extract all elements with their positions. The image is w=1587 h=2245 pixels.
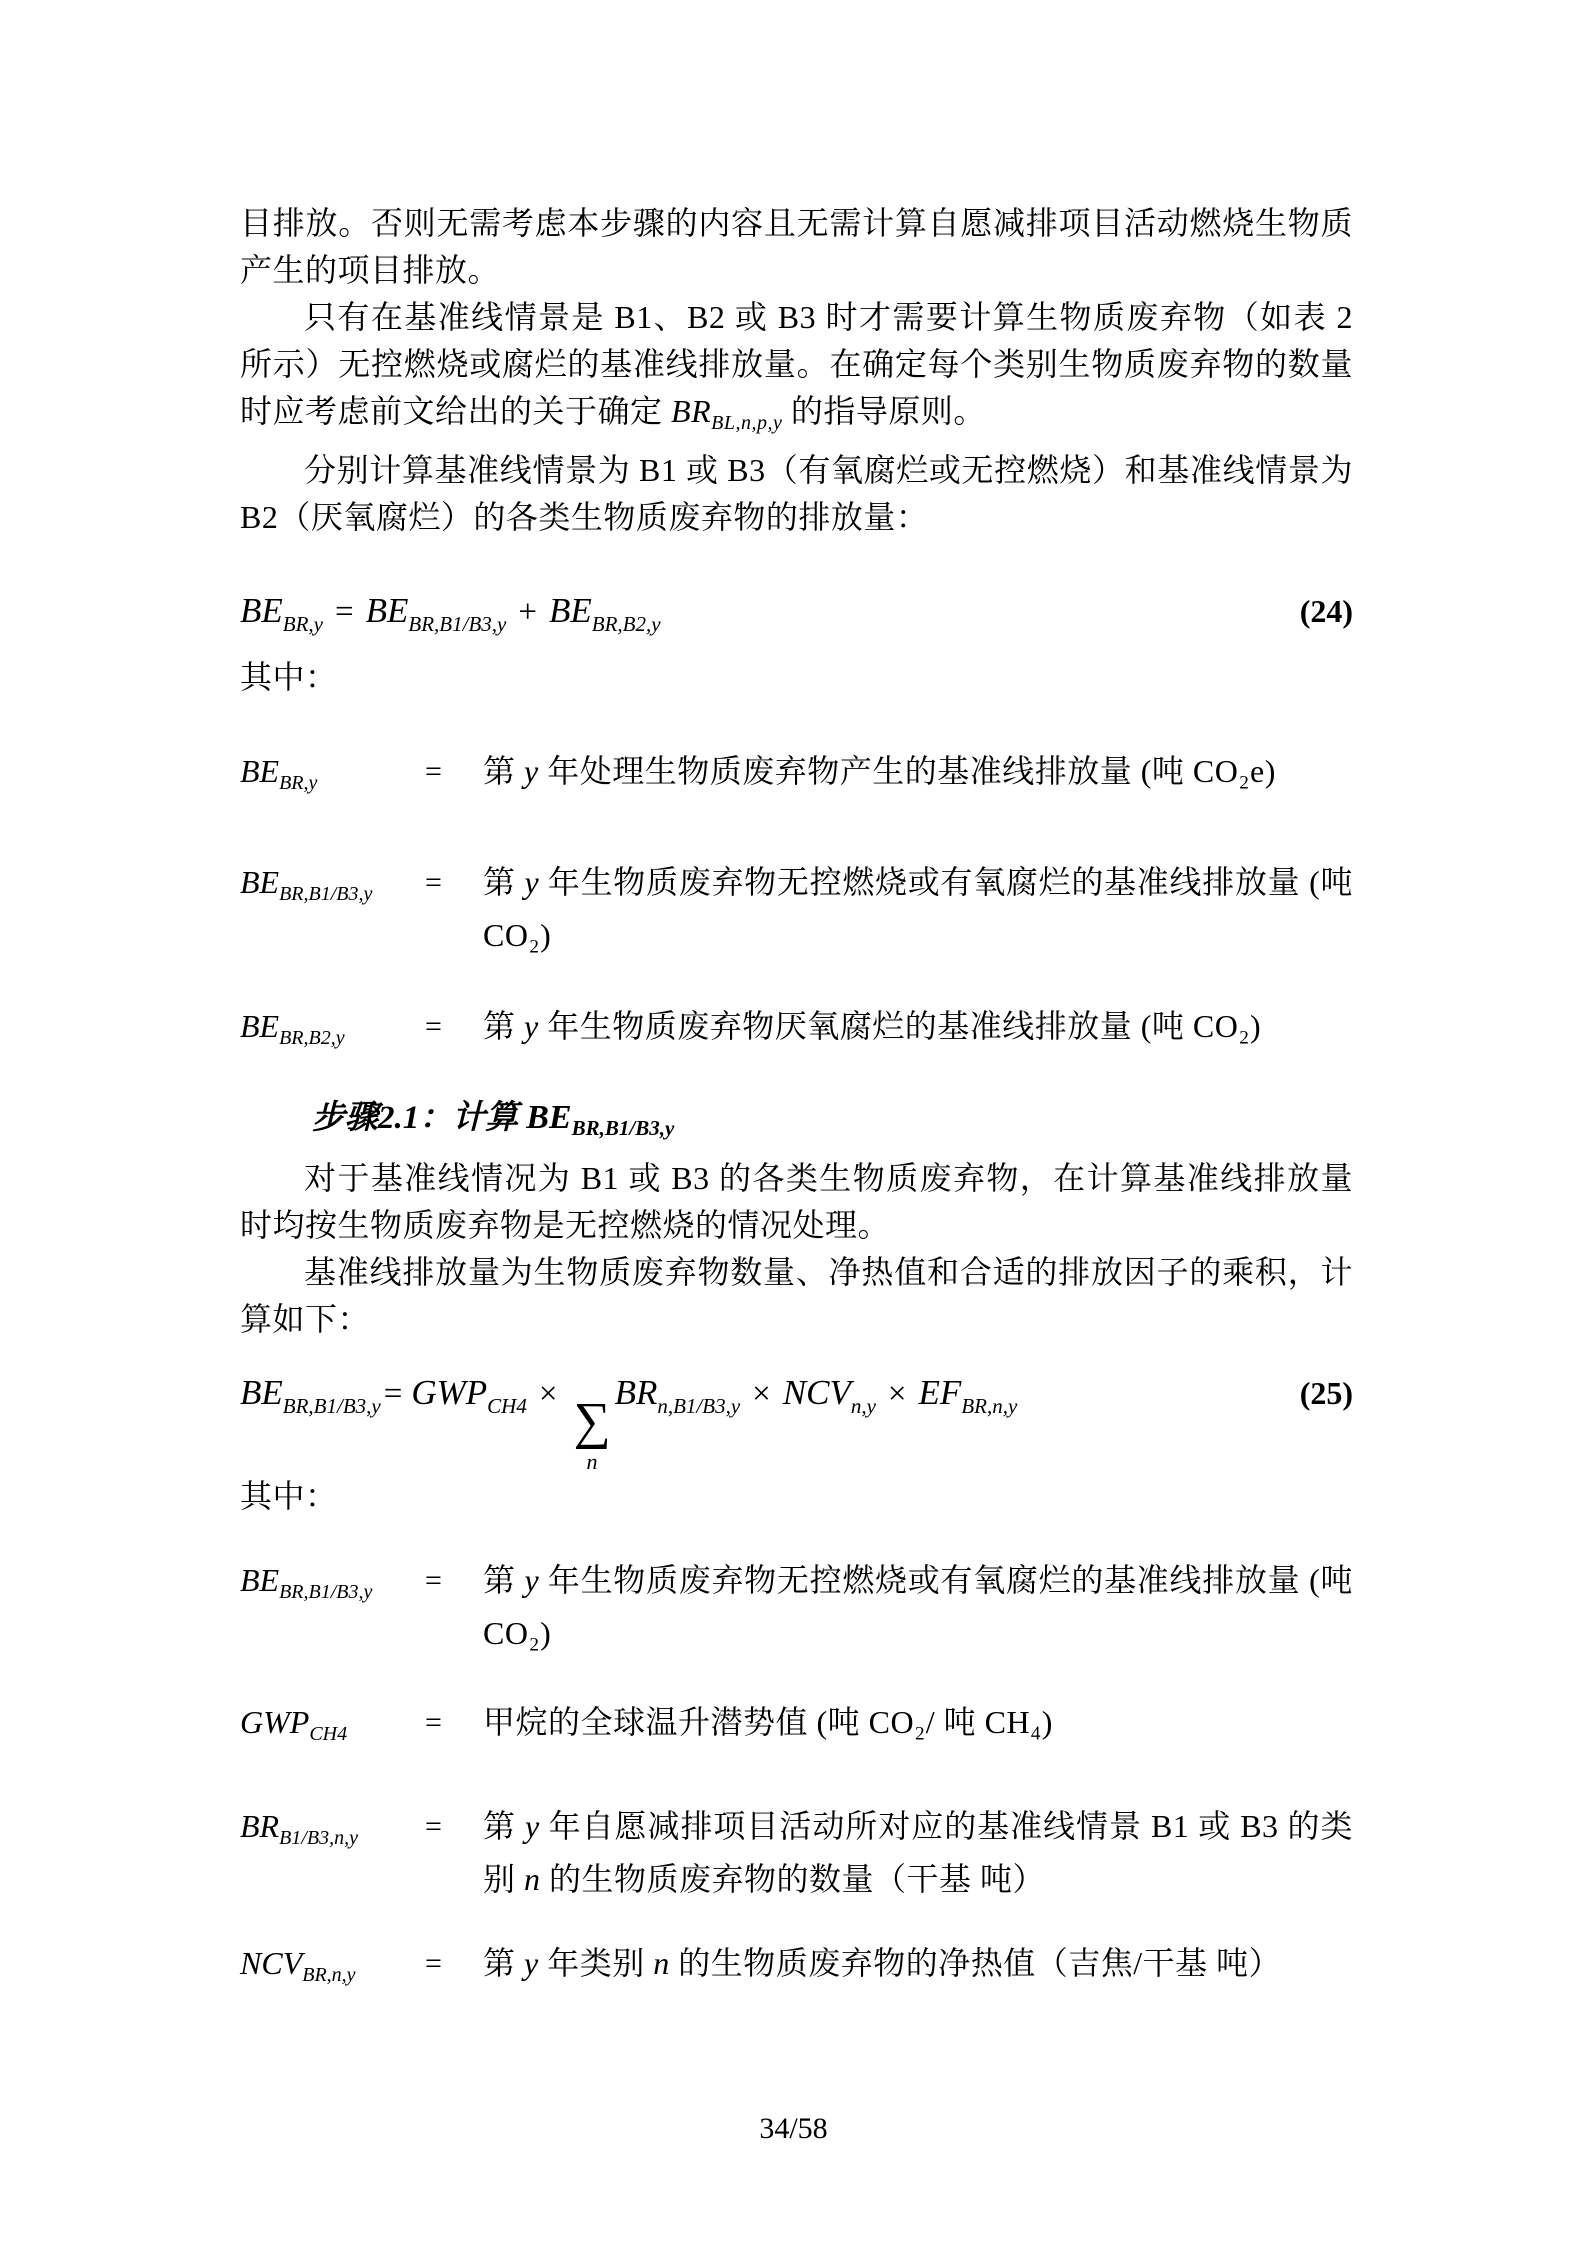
equals-sign: = [384, 1376, 403, 1412]
description-text: 年类别 [539, 1945, 654, 1981]
definition-equals: = [425, 1696, 483, 1749]
definition-description: 第 y 年处理生物质废弃物产生的基准线排放量 (吨 CO₂e) [483, 745, 1353, 798]
definition-description: 第 y 年自愿减排项目活动所对应的基准线情景 B1 或 B3 的类别 n 的生物… [483, 1800, 1353, 1906]
formula-term: GWP [411, 1373, 487, 1412]
step-2-1-heading: 步骤2.1：计算BEBR,B1/B3,y [240, 1091, 1353, 1155]
paragraph-step21-intro: 对于基准线情况为 B1 或 B3 的各类生物质废弃物，在计算基准线排放量时均按生… [240, 1155, 1353, 1249]
formula-term-subscript: BR,B2,y [592, 612, 661, 636]
definition-row: BEBR,B2,y = 第 y 年生物质废弃物厌氧腐烂的基准线排放量 (吨 CO… [240, 1000, 1353, 1065]
paragraph-continuation: 目排放。否则无需考虑本步骤的内容且无需计算自愿减排项目活动燃烧生物质产生的项目排… [240, 200, 1353, 294]
description-text: 第 [483, 1945, 524, 1981]
term-subscript: BR,n,y [302, 1964, 355, 1986]
definition-row: BEBR,B1/B3,y = 第 y 年生物质废弃物无控燃烧或有氧腐烂的基准线排… [240, 1554, 1353, 1660]
term-base: BR [240, 1808, 279, 1844]
formula-term: BE [549, 591, 592, 630]
formula-term: BR [615, 1373, 658, 1412]
paragraph-calc-product: 基准线排放量为生物质废弃物数量、净热值和合适的排放因子的乘积，计算如下： [240, 1249, 1353, 1343]
math-variable: y [524, 1008, 539, 1044]
formula-24-expression: BEBR,y=BEBR,B1/B3,y+BEBR,B2,y [240, 581, 661, 654]
summation-symbol: ∑n [573, 1396, 610, 1473]
description-text: 第 [483, 1008, 524, 1044]
definition-equals: = [425, 1937, 483, 1990]
formula-term-subscript: BR,n,y [961, 1394, 1017, 1418]
heading-text: 步骤2.1：计算 [312, 1100, 518, 1136]
multiply-sign: × [539, 1376, 558, 1412]
math-variable: y [525, 1808, 540, 1844]
paragraph-calc-instruction: 分别计算基准线情景为 B1 或 B3（有氧腐烂或无控燃烧）和基准线情景为 B2（… [240, 447, 1353, 541]
paragraph-baseline-scenarios: 只有在基准线情景是 B1、B2 或 B3 时才需要计算生物质废弃物（如表 2 所… [240, 294, 1353, 447]
definition-row: NCVBR,n,y = 第 y 年类别 n 的生物质废弃物的净热值（吉焦/干基 … [240, 1937, 1353, 2002]
term-base: NCV [240, 1945, 302, 1981]
formula-25: BEBR,B1/B3,y=GWPCH4×∑nBRn,B1/B3,y×NCVn,y… [240, 1361, 1353, 1473]
description-text: 年生物质废弃物无控燃烧或有氧腐烂的基准线排放量 (吨 CO₂) [483, 864, 1353, 953]
formula-number: (24) [1300, 581, 1353, 641]
term-subscript: CH4 [309, 1723, 347, 1745]
definition-description: 甲烷的全球温升潜势值 (吨 CO₂/ 吨 CH₄) [483, 1696, 1353, 1749]
term-base: GWP [240, 1704, 309, 1740]
description-text: 年生物质废弃物无控燃烧或有氧腐烂的基准线排放量 (吨 CO₂) [483, 1562, 1353, 1651]
formula-term-subscript: n,B1/B3,y [657, 1394, 740, 1418]
definition-description: 第 y 年生物质废弃物无控燃烧或有氧腐烂的基准线排放量 (吨 CO₂) [483, 1554, 1353, 1660]
math-variable: y [524, 1562, 539, 1598]
math-variable: y [524, 1945, 539, 1981]
where-label-2: 其中： [240, 1473, 1353, 1520]
multiply-sign: × [752, 1376, 771, 1412]
term-base: BE [240, 864, 279, 900]
formula-25-expression: BEBR,B1/B3,y=GWPCH4×∑nBRn,B1/B3,y×NCVn,y… [240, 1361, 1017, 1473]
definition-equals: = [425, 745, 483, 798]
formula-term-subscript: BR,y [283, 612, 323, 636]
definition-description: 第 y 年类别 n 的生物质废弃物的净热值（吉焦/干基 吨） [483, 1937, 1353, 1990]
heading-math-subscript: BR,B1/B3,y [572, 1116, 675, 1140]
definition-term: BRB1/B3,n,y [240, 1800, 425, 1865]
sigma-index: n [587, 1451, 598, 1473]
definition-term: BEBR,B2,y [240, 1000, 425, 1065]
definition-row: GWPCH4 = 甲烷的全球温升潜势值 (吨 CO₂/ 吨 CH₄) [240, 1696, 1353, 1761]
definition-term: BEBR,y [240, 745, 425, 810]
math-variable: y [524, 864, 539, 900]
formula-term: BE [240, 1373, 283, 1412]
description-text: 的生物质废弃物的净热值（吉焦/干基 吨） [670, 1945, 1281, 1981]
formula-term-subscript: n,y [851, 1394, 876, 1418]
formula-term: BE [366, 591, 409, 630]
sigma-glyph: ∑ [573, 1396, 610, 1448]
paragraph-text-post: 的指导原则。 [782, 393, 986, 429]
definition-row: BRB1/B3,n,y = 第 y 年自愿减排项目活动所对应的基准线情景 B1 … [240, 1800, 1353, 1906]
formula-term-subscript: BR,B1/B3,y [283, 1394, 381, 1418]
term-base: BE [240, 753, 279, 789]
definition-term: NCVBR,n,y [240, 1937, 425, 2002]
term-base: BE [240, 1008, 279, 1044]
term-subscript: B1/B3,n,y [279, 1827, 358, 1849]
definition-equals: = [425, 1000, 483, 1053]
definition-term: BEBR,B1/B3,y [240, 1554, 425, 1619]
formula-number: (25) [1300, 1361, 1353, 1425]
definition-equals: = [425, 1800, 483, 1853]
definition-equals: = [425, 856, 483, 909]
inline-math-BR-subscript: BL,n,p,y [711, 412, 782, 434]
term-base: BE [240, 1562, 279, 1598]
description-text: 的生物质废弃物的数量（干基 吨） [541, 1861, 1046, 1897]
description-text: 第 [483, 753, 524, 789]
heading-math-base: BE [526, 1099, 571, 1136]
description-text: 第 [483, 1562, 524, 1598]
formula-term-subscript: CH4 [487, 1394, 527, 1418]
math-variable: y [524, 753, 539, 789]
document-page: 目排放。否则无需考虑本步骤的内容且无需计算自愿减排项目活动燃烧生物质产生的项目排… [0, 0, 1587, 2245]
page-content: 目排放。否则无需考虑本步骤的内容且无需计算自愿减排项目活动燃烧生物质产生的项目排… [240, 200, 1353, 2002]
formula-24: BEBR,y=BEBR,B1/B3,y+BEBR,B2,y (24) [240, 581, 1353, 654]
term-subscript: BR,y [279, 772, 317, 794]
formula-term: BE [240, 591, 283, 630]
description-text: 年处理生物质废弃物产生的基准线排放量 (吨 CO₂e) [539, 753, 1276, 789]
definition-description: 第 y 年生物质废弃物无控燃烧或有氧腐烂的基准线排放量 (吨 CO₂) [483, 856, 1353, 962]
definition-row: BEBR,y = 第 y 年处理生物质废弃物产生的基准线排放量 (吨 CO₂e) [240, 745, 1353, 810]
term-subscript: BR,B1/B3,y [279, 883, 372, 905]
math-variable: n [524, 1861, 541, 1897]
formula-term: NCV [783, 1373, 851, 1412]
where-label-1: 其中： [240, 654, 1353, 701]
multiply-sign: × [888, 1376, 907, 1412]
inline-math-BR: BR [671, 393, 711, 429]
formula-term: EF [919, 1373, 962, 1412]
definition-term: GWPCH4 [240, 1696, 425, 1761]
description-text: 甲烷的全球温升潜势值 (吨 CO₂/ 吨 CH₄) [483, 1704, 1053, 1740]
page-number: 34/58 [0, 2112, 1587, 2146]
plus-sign: + [518, 594, 537, 630]
definition-term: BEBR,B1/B3,y [240, 856, 425, 921]
definition-row: BEBR,B1/B3,y = 第 y 年生物质废弃物无控燃烧或有氧腐烂的基准线排… [240, 856, 1353, 962]
description-text: 年生物质废弃物厌氧腐烂的基准线排放量 (吨 CO₂) [539, 1008, 1261, 1044]
term-subscript: BR,B2,y [279, 1027, 345, 1049]
equals-sign: = [335, 594, 354, 630]
definition-equals: = [425, 1554, 483, 1607]
description-text: 第 [483, 864, 524, 900]
formula-term-subscript: BR,B1/B3,y [408, 612, 506, 636]
description-text: 第 [483, 1808, 525, 1844]
definition-description: 第 y 年生物质废弃物厌氧腐烂的基准线排放量 (吨 CO₂) [483, 1000, 1353, 1053]
term-subscript: BR,B1/B3,y [279, 1581, 372, 1603]
math-variable: n [653, 1945, 670, 1981]
